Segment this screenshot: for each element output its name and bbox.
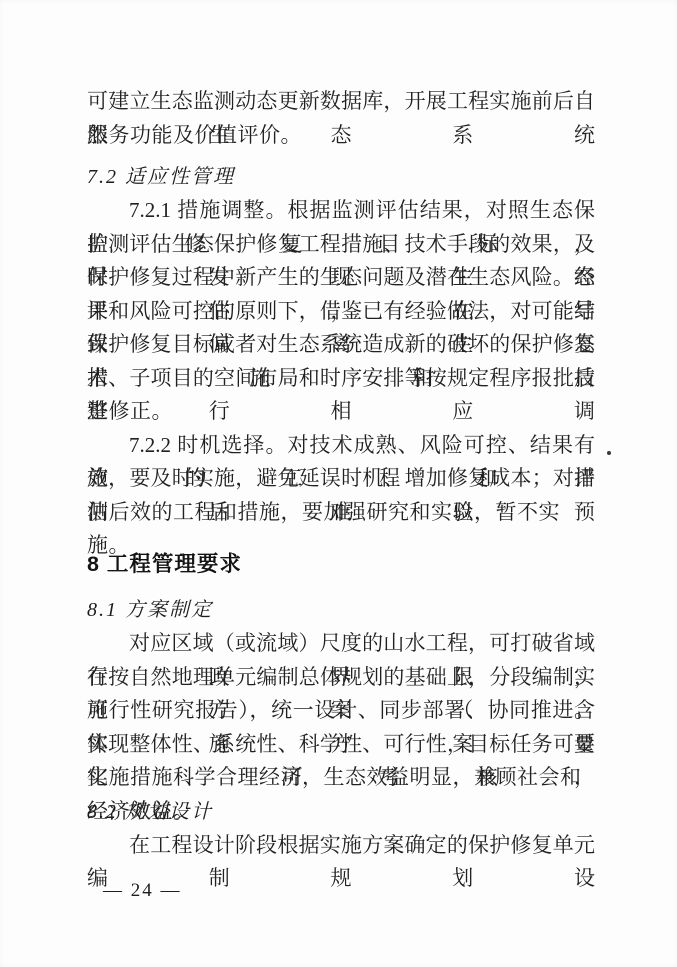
section-heading-8-2: 8.2 规划设计 [87, 795, 595, 829]
paragraph-line: 实施措施科学合理经济，生态效益明显，兼顾社会和经济效益。 [87, 761, 595, 795]
paragraph-line: 对应区域（或流域）尺度的山水工程，可打破省域行政界限， [87, 627, 595, 661]
paragraph-line: 7.2.2 时机选择。对技术成熟、风险可控、结果有效的工程和措 [87, 429, 595, 463]
paragraph-line: 在工程设计阶段根据实施方案确定的保护修复单元编制规划设 [87, 829, 595, 863]
paragraph-line: 施，要及时实施，避免延误时机、增加修复成本；对评估后难以预 [87, 462, 595, 496]
paragraph-line: 体现整体性、系统性、科学性、可行性，目标任务可量化、可考核， [87, 728, 595, 762]
scan-artifact-dot [607, 451, 611, 455]
paragraph-line: 在按自然地理单元编制总体规划的基础上，分段编制实施方案（含 [87, 661, 595, 695]
section-heading-8-1: 8.1 方案制定 [87, 593, 595, 627]
paragraph-line: 7.2.1 措施调整。根据监测评估结果，对照生态保护修复目标， [87, 194, 595, 228]
text-column: 可建立生态监测动态更新数据库，开展工程实施前后自然生态系统 服务功能及价值评价。… [87, 85, 595, 862]
paragraph-line: 保护修复过程中新产生的生态问题及潜在生态风险。经评估，在结 [87, 261, 595, 295]
paragraph-line: 可建立生态监测动态更新数据库，开展工程实施前后自然生态系统 [87, 85, 595, 119]
paragraph-line: 监测评估生态保护修复工程措施、技术手段的效果，及时发现生态 [87, 228, 595, 262]
paragraph-line: 测后效的工程和措施，要加强研究和实验，暂不实施。 [87, 496, 595, 530]
document-page: 可建立生态监测动态更新数据库，开展工程实施前后自然生态系统 服务功能及价值评价。… [0, 0, 677, 967]
page-number: — 24 — [103, 876, 182, 906]
paragraph-line: 果和风险可控的原则下，借鉴已有经验做法，对可能导致偏离生态 [87, 295, 595, 329]
paragraph-line: 可行性研究报告），统一设计、同步部署、协同推进。实施方案要 [87, 694, 595, 728]
section-heading-7-2: 7.2 适应性管理 [87, 160, 595, 194]
paragraph-line: 保护修复目标或者对生态系统造成新的破坏的保护修复措施和技 [87, 328, 595, 362]
chapter-heading-8: 8 工程管理要求 [87, 547, 595, 581]
paragraph-line: 术、子项目的空间布局和时序安排等按规定程序报批后进行相应调 [87, 362, 595, 396]
